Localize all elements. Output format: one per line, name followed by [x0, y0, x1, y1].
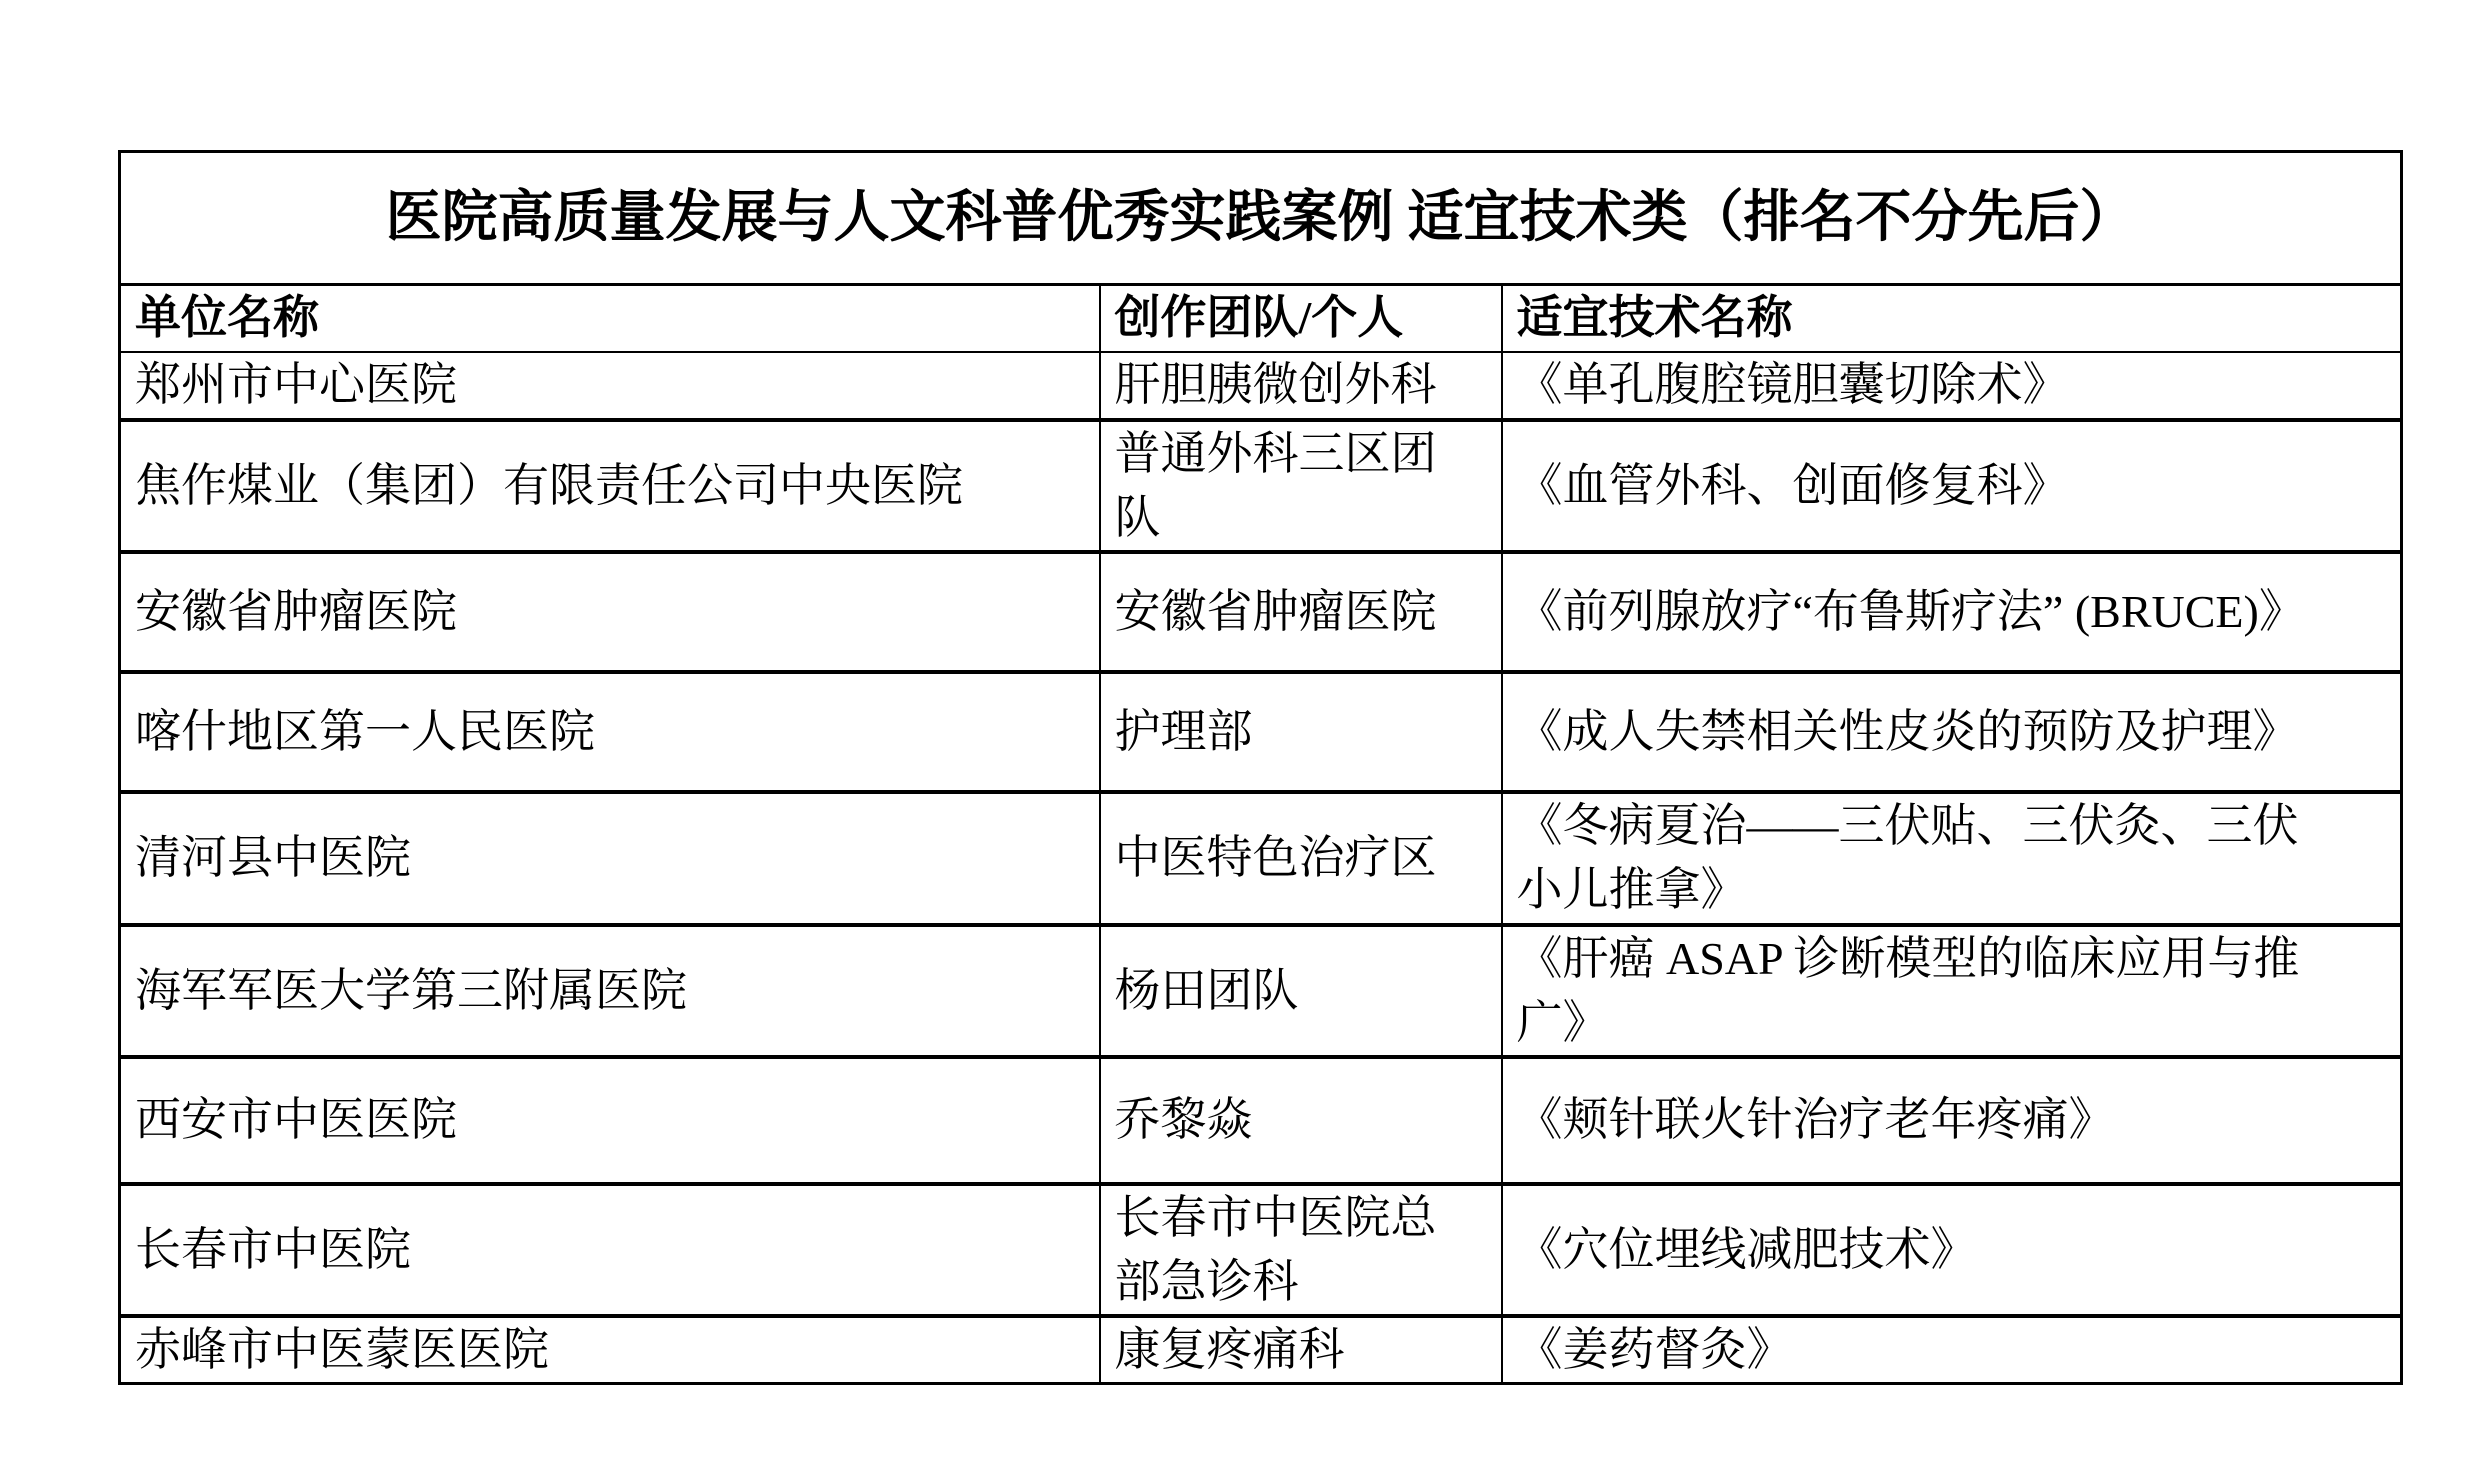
table-row: 海军军医大学第三附属医院 杨田团队 《肝癌 ASAP 诊断模型的临床应用与推 广…	[120, 925, 2402, 1057]
column-header-tech: 适宜技术名称	[1502, 285, 2402, 352]
table-row: 郑州市中心医院 肝胆胰微创外科 《单孔腹腔镜胆囊切除术》	[120, 352, 2402, 420]
unit-cell: 安徽省肿瘤医院	[120, 552, 1100, 672]
team-cell: 杨田团队	[1100, 925, 1502, 1057]
tech-cell: 《单孔腹腔镜胆囊切除术》	[1502, 352, 2402, 420]
tech-cell: 《血管外科、创面修复科》	[1502, 420, 2402, 552]
table-row: 焦作煤业（集团）有限责任公司中央医院 普通外科三区团 队 《血管外科、创面修复科…	[120, 420, 2402, 552]
column-header-unit: 单位名称	[120, 285, 1100, 352]
table-row: 喀什地区第一人民医院 护理部 《成人失禁相关性皮炎的预防及护理》	[120, 672, 2402, 792]
tech-cell: 《颊针联火针治疗老年疼痛》	[1502, 1057, 2402, 1184]
tech-cell: 《肝癌 ASAP 诊断模型的临床应用与推 广》	[1502, 925, 2402, 1057]
unit-cell: 喀什地区第一人民医院	[120, 672, 1100, 792]
tech-cell: 《姜药督灸》	[1502, 1316, 2402, 1384]
team-cell: 长春市中医院总 部急诊科	[1100, 1184, 1502, 1316]
unit-cell: 焦作煤业（集团）有限责任公司中央医院	[120, 420, 1100, 552]
team-cell: 康复疼痛科	[1100, 1316, 1502, 1384]
table-title-row: 医院高质量发展与人文科普优秀实践案例 适宜技术类（排名不分先后）	[120, 152, 2402, 285]
team-cell: 乔黎焱	[1100, 1057, 1502, 1184]
team-cell: 中医特色治疗区	[1100, 792, 1502, 925]
tech-cell: 《成人失禁相关性皮炎的预防及护理》	[1502, 672, 2402, 792]
team-cell: 普通外科三区团 队	[1100, 420, 1502, 552]
table-row: 清河县中医院 中医特色治疗区 《冬病夏治——三伏贴、三伏灸、三伏 小儿推拿》	[120, 792, 2402, 925]
table-row: 赤峰市中医蒙医医院 康复疼痛科 《姜药督灸》	[120, 1316, 2402, 1384]
team-cell: 安徽省肿瘤医院	[1100, 552, 1502, 672]
table-title: 医院高质量发展与人文科普优秀实践案例 适宜技术类（排名不分先后）	[120, 152, 2402, 285]
unit-cell: 海军军医大学第三附属医院	[120, 925, 1100, 1057]
unit-cell: 长春市中医院	[120, 1184, 1100, 1316]
table-row: 西安市中医医院 乔黎焱 《颊针联火针治疗老年疼痛》	[120, 1057, 2402, 1184]
unit-cell: 郑州市中心医院	[120, 352, 1100, 420]
column-header-team: 创作团队/个人	[1100, 285, 1502, 352]
tech-cell: 《冬病夏治——三伏贴、三伏灸、三伏 小儿推拿》	[1502, 792, 2402, 925]
team-cell: 护理部	[1100, 672, 1502, 792]
table-row: 安徽省肿瘤医院 安徽省肿瘤医院 《前列腺放疗“布鲁斯疗法” (BRUCE)》	[120, 552, 2402, 672]
unit-cell: 赤峰市中医蒙医医院	[120, 1316, 1100, 1384]
team-cell: 肝胆胰微创外科	[1100, 352, 1502, 420]
table-header-row: 单位名称 创作团队/个人 适宜技术名称	[120, 285, 2402, 352]
practice-cases-table: 医院高质量发展与人文科普优秀实践案例 适宜技术类（排名不分先后） 单位名称 创作…	[118, 150, 2403, 1385]
unit-cell: 西安市中医医院	[120, 1057, 1100, 1184]
tech-cell: 《穴位埋线减肥技术》	[1502, 1184, 2402, 1316]
unit-cell: 清河县中医院	[120, 792, 1100, 925]
tech-cell: 《前列腺放疗“布鲁斯疗法” (BRUCE)》	[1502, 552, 2402, 672]
table-row: 长春市中医院 长春市中医院总 部急诊科 《穴位埋线减肥技术》	[120, 1184, 2402, 1316]
